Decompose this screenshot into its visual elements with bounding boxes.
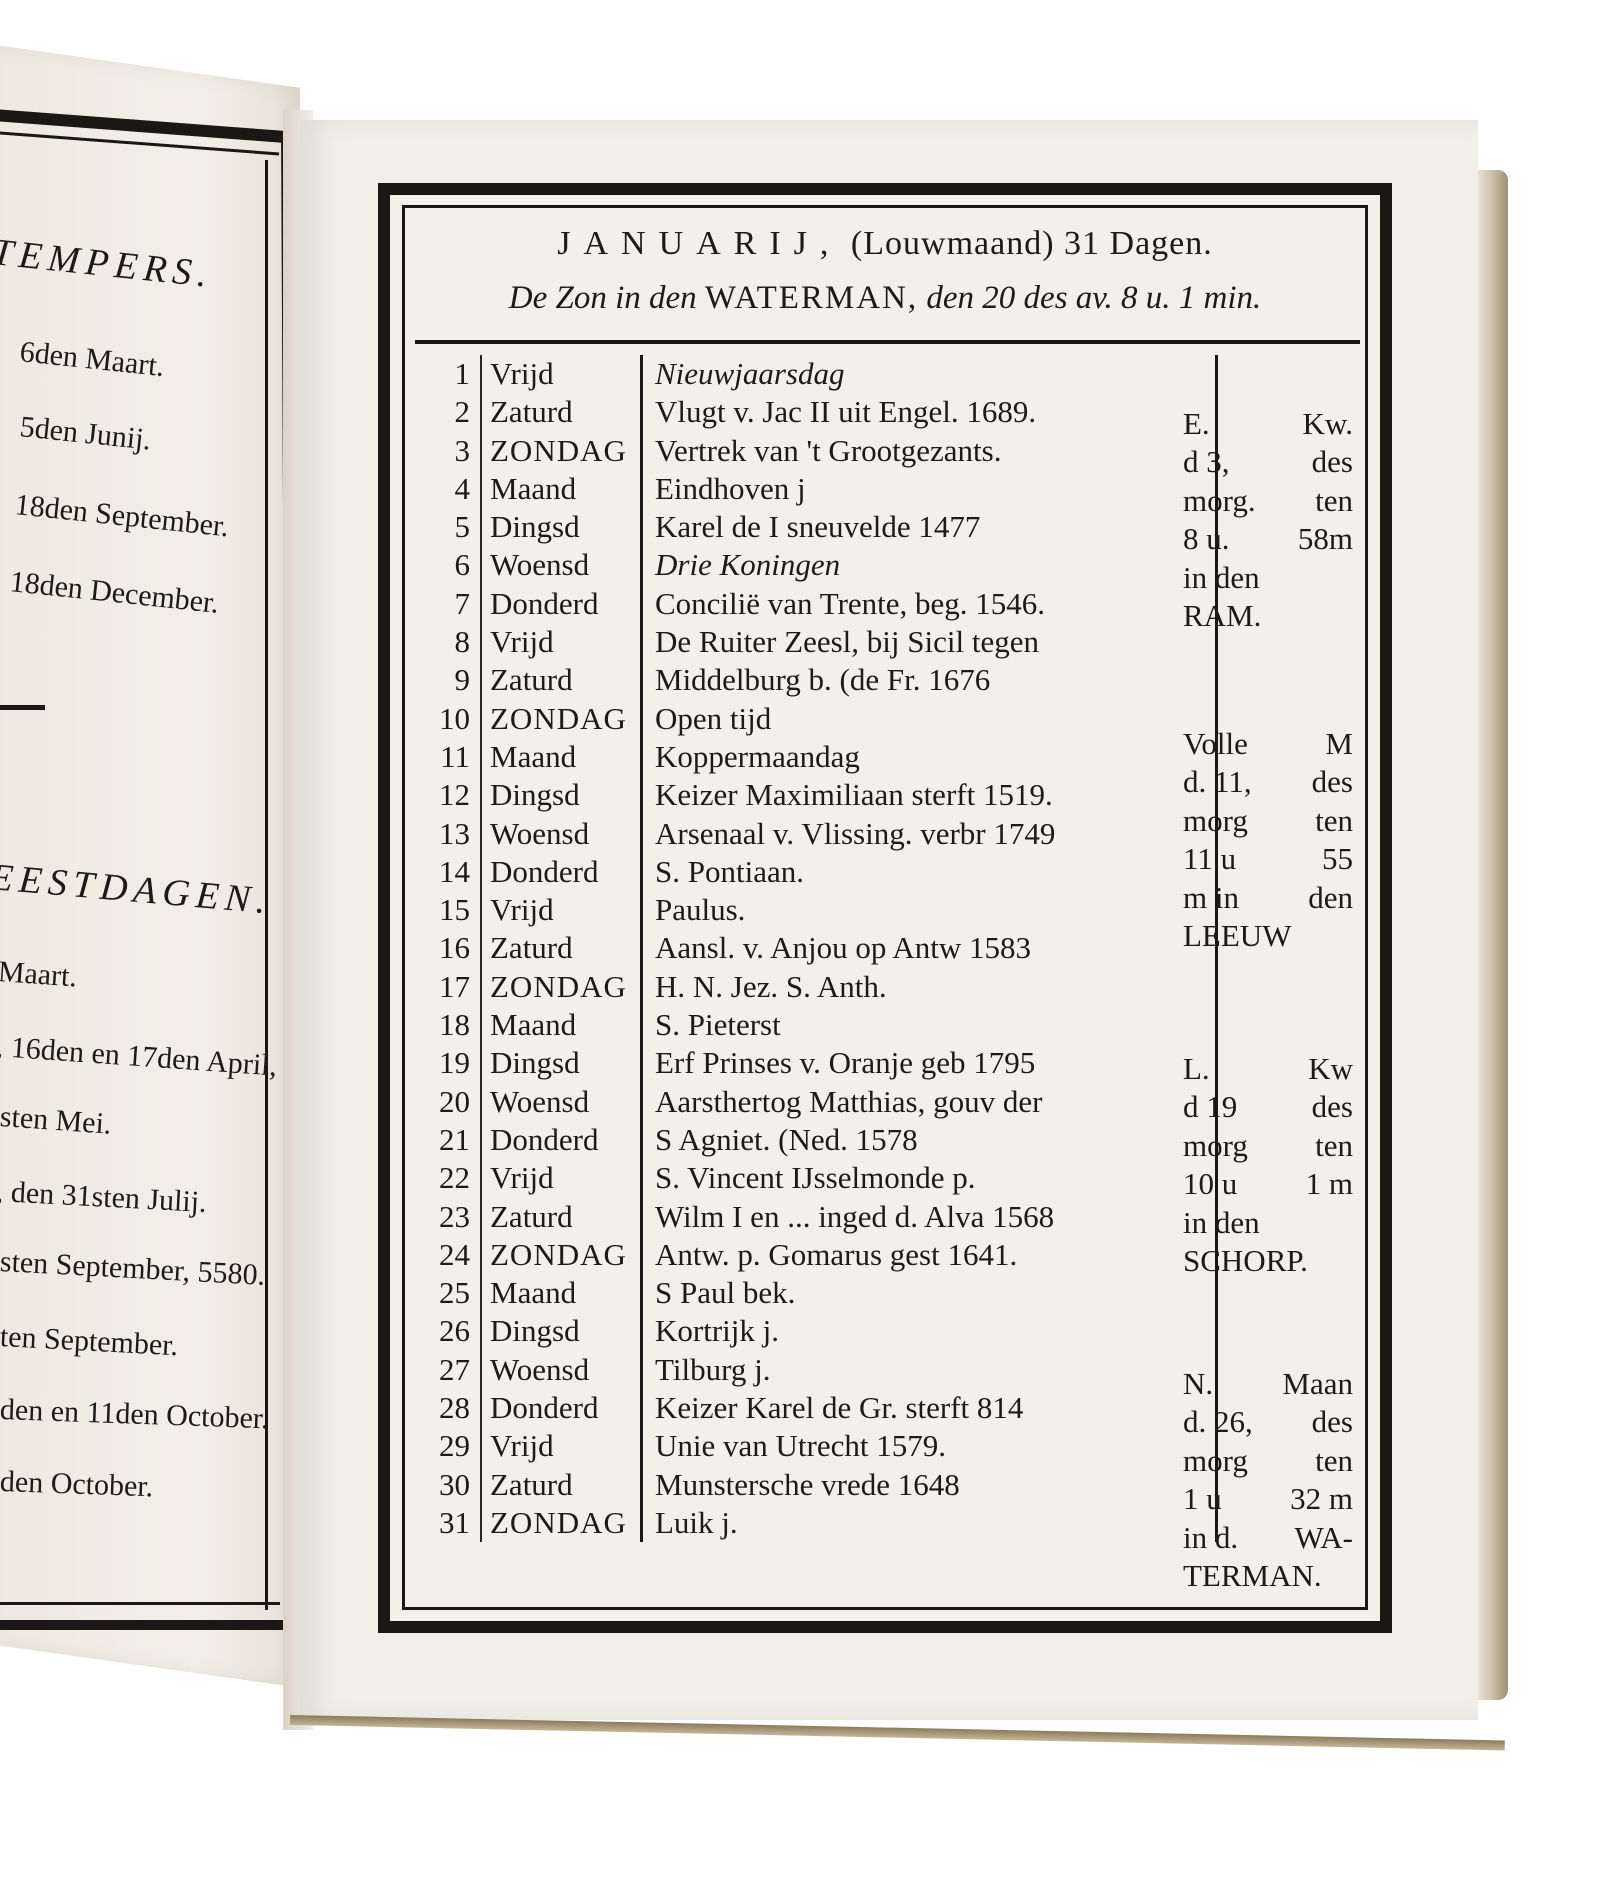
left-feast-line: den en 11den October. (0, 1393, 269, 1436)
day-number: 23 (415, 1198, 481, 1236)
moon-phase-line: E.Kw. (1183, 405, 1353, 443)
weekday-name: Zaturd (481, 1466, 642, 1504)
sun-sign-line: De Zon in den WATERMAN, den 20 des av. 8… (402, 280, 1368, 317)
moon-phase-text: des (1312, 1403, 1353, 1441)
left-feast-line: , den 31sten Julij. (0, 1175, 207, 1220)
event-text: Eindhoven j (642, 470, 1217, 508)
weekday-name: ZONDAG (481, 968, 642, 1006)
event-text: Wilm I en ... inged d. Alva 1568 (642, 1198, 1217, 1236)
event-text: Concilië van Trente, beg. 1546. (642, 585, 1217, 623)
sun-sign-prefix: De Zon in den (509, 280, 697, 316)
left-feast-line: ten September. (0, 1320, 179, 1363)
moon-phase-text: 1 m (1306, 1165, 1353, 1203)
event-text: Keizer Maximiliaan sterft 1519. (642, 776, 1217, 814)
event-text: Nieuwjaarsdag (642, 355, 1217, 393)
moon-phase-text: morg (1183, 1442, 1248, 1480)
sun-sign-time: den 20 des av. 8 u. 1 min. (926, 280, 1261, 316)
moon-phase-text: ten (1315, 802, 1353, 840)
moon-phase-text: d 19 (1183, 1088, 1237, 1126)
day-number: 21 (415, 1121, 481, 1159)
moon-phase-text: 58m (1298, 520, 1353, 558)
moon-phase-text: Maan (1282, 1365, 1353, 1403)
moon-phase-text: Kw. (1302, 405, 1353, 443)
weekday-name: Maand (481, 470, 642, 508)
day-number: 13 (415, 815, 481, 853)
moon-phase-line: in den (1183, 559, 1353, 597)
moon-phase-line: morgten (1183, 1127, 1353, 1165)
moon-phase-text: 11 u (1183, 840, 1236, 878)
weekday-name: Woensd (481, 1351, 642, 1389)
moon-cell (1217, 968, 1361, 1006)
event-text: Koppermaandag (642, 738, 1217, 776)
moon-phase-line: SCHORP. (1183, 1242, 1353, 1280)
moon-cell (1217, 1312, 1361, 1350)
event-text: S. Pontiaan. (642, 853, 1217, 891)
moon-phase-text: 32 m (1290, 1480, 1353, 1518)
weekday-name: Woensd (481, 1083, 642, 1121)
moon-phase-line: VolleM (1183, 725, 1353, 763)
event-text: De Ruiter Zeesl, bij Sicil tegen (642, 623, 1217, 661)
moon-phase-text: in den (1183, 559, 1260, 597)
left-feast-line: Maart. (0, 955, 78, 994)
event-text: S. Vincent IJsselmonde p. (642, 1159, 1217, 1197)
moon-phase-text: ten (1315, 482, 1353, 520)
event-text: Middelburg b. (de Fr. 1676 (642, 661, 1217, 699)
weekday-name: Dingsd (481, 1312, 642, 1350)
moon-phase-text: den (1308, 879, 1353, 917)
moon-phase-text: in den (1183, 1204, 1260, 1242)
moon-phase-line: d 3,des (1183, 443, 1353, 481)
left-heading-feestdagen: EESTDAGEN. (0, 855, 274, 923)
moon-phase-text: ten (1315, 1442, 1353, 1480)
moon-phase-line: 8 u.58m (1183, 520, 1353, 558)
day-number: 2 (415, 393, 481, 431)
weekday-name: ZONDAG (481, 1236, 642, 1274)
weekday-name: ZONDAG (481, 1504, 642, 1542)
moon-phase-text: d. 11, (1183, 763, 1252, 801)
moon-phase-text: SCHORP. (1183, 1242, 1308, 1280)
moon-phase-line: 10 u1 m (1183, 1165, 1353, 1203)
event-text: Arsenaal v. Vlissing. verbr 1749 (642, 815, 1217, 853)
moon-phase-text: 55 (1322, 840, 1353, 878)
event-text: Aansl. v. Anjou op Antw 1583 (642, 929, 1217, 967)
calendar-row: 18MaandS. Pieterst (415, 1006, 1360, 1044)
left-feast-line: den October. (0, 1465, 154, 1504)
day-number: 28 (415, 1389, 481, 1427)
event-text: Kortrijk j. (642, 1312, 1217, 1350)
moon-phase-line: in den (1183, 1204, 1353, 1242)
weekday-name: Maand (481, 1006, 642, 1044)
sun-sign-name: WATERMAN, (705, 280, 918, 316)
day-number: 5 (415, 508, 481, 546)
moon-phase-line: d 19des (1183, 1088, 1353, 1126)
moon-phase-line: m inden (1183, 879, 1353, 917)
event-text: Tilburg j. (642, 1351, 1217, 1389)
moon-phase-text: RAM. (1183, 597, 1261, 635)
page-bottom-edge (290, 1715, 1505, 1750)
event-text: S. Pieterst (642, 1006, 1217, 1044)
weekday-name: ZONDAG (481, 432, 642, 470)
event-text: Keizer Karel de Gr. sterft 814 (642, 1389, 1217, 1427)
day-number: 10 (415, 700, 481, 738)
moon-phase-text: des (1312, 763, 1353, 801)
day-number: 4 (415, 470, 481, 508)
moon-phase-line: LEEUW (1183, 917, 1353, 955)
left-date-line: 18den December. (8, 565, 220, 621)
event-text: Open tijd (642, 700, 1217, 738)
weekday-name: Maand (481, 1274, 642, 1312)
left-feast-line: , 16den en 17den April, (0, 1030, 278, 1084)
weekday-name: Zaturd (481, 929, 642, 967)
event-text: H. N. Jez. S. Anth. (642, 968, 1217, 1006)
moon-phase-line: morg.ten (1183, 482, 1353, 520)
day-number: 14 (415, 853, 481, 891)
moon-phase-text: E. (1183, 405, 1210, 443)
weekday-name: Vrijd (481, 1427, 642, 1465)
day-number: 11 (415, 738, 481, 776)
day-number: 3 (415, 432, 481, 470)
event-text: S Paul bek. (642, 1274, 1217, 1312)
left-page-content: TEMPERS. 6den Maart. 5den Junij. 18den S… (0, 0, 300, 1750)
moon-phase-text: 8 u. (1183, 520, 1230, 558)
moon-phase-text: N. (1183, 1365, 1213, 1403)
event-text: Erf Prinses v. Oranje geb 1795 (642, 1044, 1217, 1082)
moon-phase-text: WA- (1294, 1519, 1353, 1557)
day-number: 24 (415, 1236, 481, 1274)
header-rule (415, 340, 1360, 344)
moon-phase-text: Kw (1308, 1050, 1353, 1088)
weekday-name: Donderd (481, 1121, 642, 1159)
moon-phase-line: d. 11,des (1183, 763, 1353, 801)
moon-cell (1217, 661, 1361, 699)
moon-phase-text: ten (1315, 1127, 1353, 1165)
moon-phase-line: morgten (1183, 802, 1353, 840)
weekday-name: Dingsd (481, 508, 642, 546)
moon-phase-text: morg (1183, 1127, 1248, 1165)
moon-phase-text: d 3, (1183, 443, 1230, 481)
moon-phase-last-quarter: L.Kwd 19desmorgten10 u1 min denSCHORP. (1183, 1050, 1353, 1280)
moon-phase-full-moon: VolleMd. 11,desmorgten11 u55m indenLEEUW (1183, 725, 1353, 955)
moon-cell (1217, 355, 1361, 393)
moon-phase-text: m in (1183, 879, 1239, 917)
moon-phase-new-moon: N.Maand. 26,desmorgten1 u32 min d.WA-TER… (1183, 1365, 1353, 1595)
day-number: 15 (415, 891, 481, 929)
weekday-name: ZONDAG (481, 700, 642, 738)
left-page-frame-bottom-thick (0, 1620, 290, 1630)
day-number: 22 (415, 1159, 481, 1197)
event-text: Karel de I sneuvelde 1477 (642, 508, 1217, 546)
left-page-frame-top-thick (0, 108, 299, 144)
calendar-row: 1VrijdNieuwjaarsdag (415, 355, 1360, 393)
left-feast-line: sten September, 5580. (0, 1245, 266, 1293)
moon-phase-line: L.Kw (1183, 1050, 1353, 1088)
moon-phase-line: 11 u55 (1183, 840, 1353, 878)
page-edges (1478, 170, 1508, 1700)
moon-phase-text: morg. (1183, 482, 1256, 520)
weekday-name: Donderd (481, 585, 642, 623)
day-number: 7 (415, 585, 481, 623)
weekday-name: Vrijd (481, 355, 642, 393)
weekday-name: Donderd (481, 853, 642, 891)
weekday-name: Zaturd (481, 1198, 642, 1236)
weekday-name: Vrijd (481, 891, 642, 929)
month-subtitle: (Louwmaand) 31 Dagen. (851, 225, 1213, 262)
day-number: 17 (415, 968, 481, 1006)
moon-phase-text: 1 u (1183, 1480, 1222, 1518)
moon-phase-text: 10 u (1183, 1165, 1237, 1203)
day-number: 31 (415, 1504, 481, 1542)
moon-phase-text: TERMAN. (1183, 1557, 1322, 1595)
left-date-line: 18den September. (13, 488, 230, 544)
day-number: 16 (415, 929, 481, 967)
left-heading-tempers: TEMPERS. (0, 230, 215, 297)
moon-phase-text: morg (1183, 802, 1248, 840)
left-date-line: 5den Junij. (18, 410, 153, 458)
moon-phase-text: Volle (1183, 725, 1248, 763)
day-number: 19 (415, 1044, 481, 1082)
moon-phase-line: morgten (1183, 1442, 1353, 1480)
month-title: JANUARIJ, (Louwmaand) 31 Dagen. (402, 225, 1368, 263)
weekday-name: Woensd (481, 815, 642, 853)
left-date-line: 6den Maart. (18, 335, 166, 384)
day-number: 8 (415, 623, 481, 661)
day-number: 25 (415, 1274, 481, 1312)
weekday-name: Donderd (481, 1389, 642, 1427)
day-number: 12 (415, 776, 481, 814)
weekday-name: Dingsd (481, 776, 642, 814)
event-text: Antw. p. Gomarus gest 1641. (642, 1236, 1217, 1274)
day-number: 6 (415, 546, 481, 584)
moon-cell (1217, 1006, 1361, 1044)
moon-phase-text: d. 26, (1183, 1403, 1253, 1441)
day-number: 9 (415, 661, 481, 699)
moon-phase-text: des (1312, 443, 1353, 481)
event-text: Vertrek van 't Grootgezants. (642, 432, 1217, 470)
moon-phase-line: RAM. (1183, 597, 1353, 635)
day-number: 27 (415, 1351, 481, 1389)
day-number: 30 (415, 1466, 481, 1504)
moon-phase-text: M (1325, 725, 1353, 763)
moon-phase-line: 1 u32 m (1183, 1480, 1353, 1518)
left-feast-line: sten Mei. (0, 1100, 113, 1142)
day-number: 1 (415, 355, 481, 393)
event-text: Luik j. (642, 1504, 1217, 1542)
weekday-name: Zaturd (481, 661, 642, 699)
event-text: Drie Koningen (642, 546, 1217, 584)
moon-phase-first-quarter: E.Kw.d 3,desmorg.ten8 u.58min denRAM. (1183, 405, 1353, 635)
day-number: 18 (415, 1006, 481, 1044)
left-page-frame-bottom-thin (0, 1602, 280, 1605)
month-name: JANUARIJ, (557, 225, 841, 262)
event-text: Vlugt v. Jac II uit Engel. 1689. (642, 393, 1217, 431)
event-text: Unie van Utrecht 1579. (642, 1427, 1217, 1465)
event-text: Munstersche vrede 1648 (642, 1466, 1217, 1504)
weekday-name: Woensd (481, 546, 642, 584)
calendar-row: 26DingsdKortrijk j. (415, 1312, 1360, 1350)
calendar-row: 17ZONDAGH. N. Jez. S. Anth. (415, 968, 1360, 1006)
moon-phase-text: L. (1183, 1050, 1210, 1088)
left-separator-rule (0, 705, 45, 710)
moon-phase-text: in d. (1183, 1519, 1238, 1557)
day-number: 26 (415, 1312, 481, 1350)
moon-phase-line: N.Maan (1183, 1365, 1353, 1403)
weekday-name: Vrijd (481, 1159, 642, 1197)
moon-phase-text: des (1312, 1088, 1353, 1126)
weekday-name: Zaturd (481, 393, 642, 431)
weekday-name: Vrijd (481, 623, 642, 661)
calendar-row: 9ZaturdMiddelburg b. (de Fr. 1676 (415, 661, 1360, 699)
moon-phase-line: in d.WA- (1183, 1519, 1353, 1557)
moon-phase-line: TERMAN. (1183, 1557, 1353, 1595)
event-text: S Agniet. (Ned. 1578 (642, 1121, 1217, 1159)
day-number: 29 (415, 1427, 481, 1465)
event-text: Paulus. (642, 891, 1217, 929)
moon-phase-line: d. 26,des (1183, 1403, 1353, 1441)
event-text: Aarsthertog Matthias, gouv der (642, 1083, 1217, 1121)
weekday-name: Maand (481, 738, 642, 776)
moon-phase-text: LEEUW (1183, 917, 1291, 955)
weekday-name: Dingsd (481, 1044, 642, 1082)
day-number: 20 (415, 1083, 481, 1121)
